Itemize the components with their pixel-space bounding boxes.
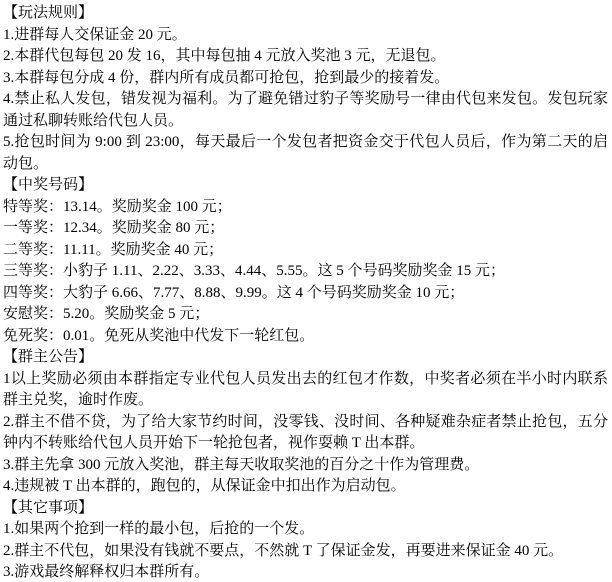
rule-item: 5.抢包时间为 9:00 到 23:00，每天最后一个发包者把资金交于代包人员后… xyxy=(3,132,608,175)
section-winning-numbers: 【中奖号码】 特等奖：13.14。奖励奖金 100 元； 一等奖：12.34。奖… xyxy=(3,175,608,347)
rules-document: 【玩法规则】 1.进群每人交保证金 20 元。 2.本群代包每包 20 发 16… xyxy=(0,0,612,582)
section-other-matters: 【其它事项】 1.如果两个抢到一样的最小包，后抢的一个发。 2.群主不代包，如果… xyxy=(3,498,608,582)
prize-item-exemption: 免死奖：0.01。免死从奖池中代发下一轮红包。 xyxy=(3,326,608,348)
rule-item: 4.违规被 T 出本群的，跑包的，从保证金中扣出作为启动包。 xyxy=(3,476,608,498)
section-heading-owner-notice: 【群主公告】 xyxy=(3,347,608,369)
rule-item: 2.群主不代包，如果没有钱就不要点，不然就 T 了保证金发，再要进来保证金 40… xyxy=(3,541,608,563)
section-owner-notice: 【群主公告】 1以上奖励必须由本群指定专业代包人员发出去的红包才作数，中奖者必须… xyxy=(3,347,608,498)
rule-item: 2.本群代包每包 20 发 16，其中每包抽 4 元放入奖池 3 元，无退包。 xyxy=(3,46,608,68)
prize-item-special: 特等奖：13.14。奖励奖金 100 元； xyxy=(3,197,608,219)
rule-item: 3.本群每包分成 4 份，群内所有成员都可抢包，抢到最少的接着发。 xyxy=(3,68,608,90)
rule-item: 1.进群每人交保证金 20 元。 xyxy=(3,25,608,47)
prize-item-fourth: 四等奖：大豹子 6.66、7.77、8.88、9.99。这 4 个号码奖励奖金 … xyxy=(3,283,608,305)
prize-item-consolation: 安慰奖：5.20。奖励奖金 5 元； xyxy=(3,304,608,326)
rule-item: 3.群主先拿 300 元放入奖池，群主每天收取奖池的百分之十作为管理费。 xyxy=(3,455,608,477)
rule-item: 3.游戏最终解释权归本群所有。 xyxy=(3,562,608,582)
prize-item-first: 一等奖：12.34。奖励奖金 80 元； xyxy=(3,218,608,240)
section-heading-other-matters: 【其它事项】 xyxy=(3,498,608,520)
prize-item-third: 三等奖：小豹子 1.11、2.22、3.33、4.44、5.55。这 5 个号码… xyxy=(3,261,608,283)
rule-item: 1以上奖励必须由本群指定专业代包人员发出去的红包才作数，中奖者必须在半小时内联系… xyxy=(3,369,608,412)
section-play-rules: 【玩法规则】 1.进群每人交保证金 20 元。 2.本群代包每包 20 发 16… xyxy=(3,3,608,175)
rule-item: 2.群主不借不贷，为了给大家节约时间，没零钱、没时间、各种疑难杂症者禁止抢包，五… xyxy=(3,412,608,455)
section-heading-winning-numbers: 【中奖号码】 xyxy=(3,175,608,197)
rule-item: 4.禁止私人发包，错发视为福利。为了避免错过豹子等奖励号一律由代包来发包。发包玩… xyxy=(3,89,608,132)
section-heading-play-rules: 【玩法规则】 xyxy=(3,3,608,25)
rule-item: 1.如果两个抢到一样的最小包，后抢的一个发。 xyxy=(3,519,608,541)
prize-item-second: 二等奖：11.11。奖励奖金 40 元； xyxy=(3,240,608,262)
